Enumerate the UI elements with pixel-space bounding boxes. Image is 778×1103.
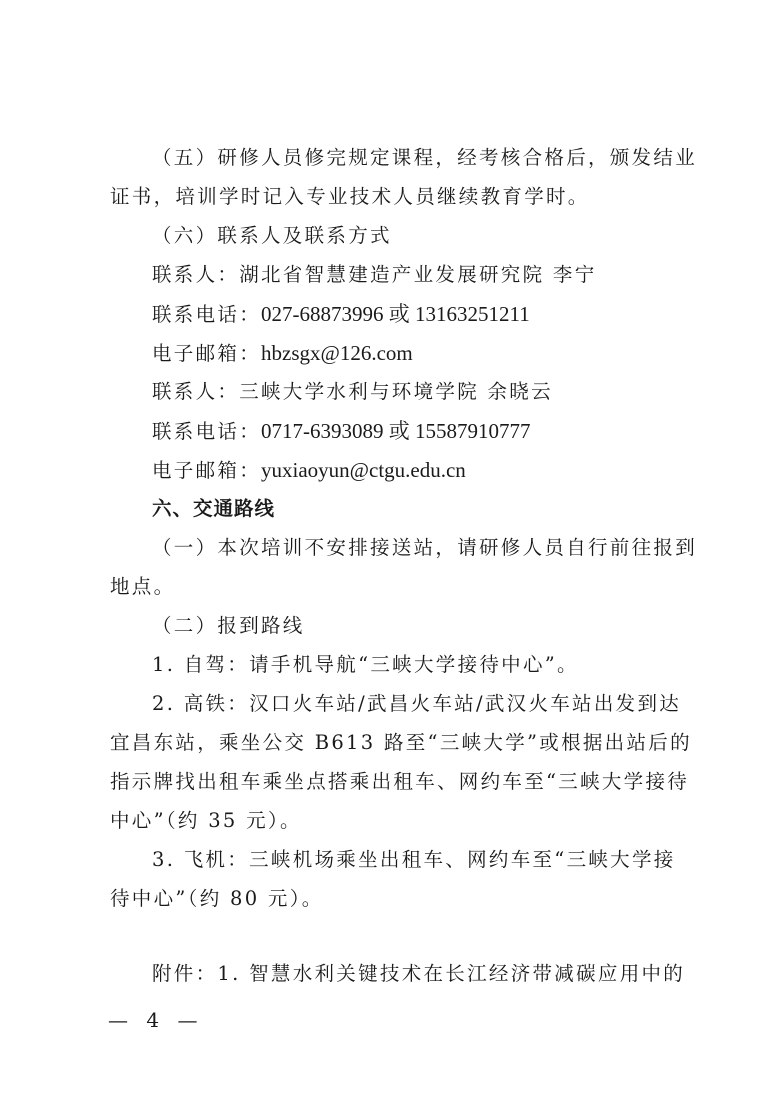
email-value: yuxiaoyun@ctgu.edu.cn xyxy=(261,458,466,482)
route-plane-line-2: 待中心”（约 80 元）。 xyxy=(110,887,324,911)
attachment-line: 附件：1. 智慧水利关键技术在长江经济带减碳应用中的 xyxy=(152,962,685,986)
email-value: hbzsgx@126.com xyxy=(261,341,413,365)
paragraph-5-line-1: （五）研修人员修完规定课程，经考核合格后，颁发结业 xyxy=(152,146,697,170)
contact-value: 三峡大学水利与环境学院 余晓云 xyxy=(239,380,553,403)
phone-value: 027-68873996 或 13163251211 xyxy=(261,302,530,326)
page-number: — 4 — xyxy=(108,1008,203,1032)
contact-1-email: 电子邮箱：hbzsgx@126.com xyxy=(152,341,413,366)
paragraph-5-line-2: 证书，培训学时记入专业技术人员继续教育学时。 xyxy=(110,185,590,209)
contact-1-phone: 联系电话：027-68873996 或 13163251211 xyxy=(152,302,530,327)
transport-1-line-1: （一）本次培训不安排接送站，请研修人员自行前往报到 xyxy=(152,536,697,560)
route-plane-line-1: 3. 飞机：三峡机场乘坐出租车、网约车至“三峡大学接 xyxy=(152,848,676,872)
phone-label: 联系电话： xyxy=(152,303,261,326)
email-label: 电子邮箱： xyxy=(152,342,261,365)
transport-1-line-2: 地点。 xyxy=(110,575,175,599)
route-drive: 1. 自驾：请手机导航“三峡大学接待中心”。 xyxy=(152,653,579,677)
transport-2-heading: （二）报到路线 xyxy=(152,614,305,638)
route-train-line-3: 指示牌找出租车乘坐点搭乘出租车、网约车至“三峡大学接待 xyxy=(110,770,689,794)
contact-2-phone: 联系电话：0717-6393089 或 15587910777 xyxy=(152,419,531,444)
contact-2-email: 电子邮箱：yuxiaoyun@ctgu.edu.cn xyxy=(152,458,466,483)
route-train-line-1: 2. 高铁：汉口火车站/武昌火车站/武汉火车站出发到达 xyxy=(152,692,681,716)
phone-value: 0717-6393089 或 15587910777 xyxy=(261,419,531,443)
contact-label: 联系人： xyxy=(152,380,239,403)
section-contacts-heading: （六）联系人及联系方式 xyxy=(152,224,392,248)
contact-1-person: 联系人：湖北省智慧建造产业发展研究院 李宁 xyxy=(152,263,597,287)
contact-value: 湖北省智慧建造产业发展研究院 李宁 xyxy=(239,263,596,286)
section-6-heading: 六、交通路线 xyxy=(152,497,275,521)
contact-label: 联系人： xyxy=(152,263,239,286)
route-train-line-2: 宜昌东站，乘坐公交 B613 路至“三峡大学”或根据出站后的 xyxy=(110,731,692,755)
route-train-line-4: 中心”（约 35 元）。 xyxy=(110,809,302,833)
email-label: 电子邮箱： xyxy=(152,459,261,482)
phone-label: 联系电话： xyxy=(152,420,261,443)
contact-2-person: 联系人：三峡大学水利与环境学院 余晓云 xyxy=(152,380,553,404)
